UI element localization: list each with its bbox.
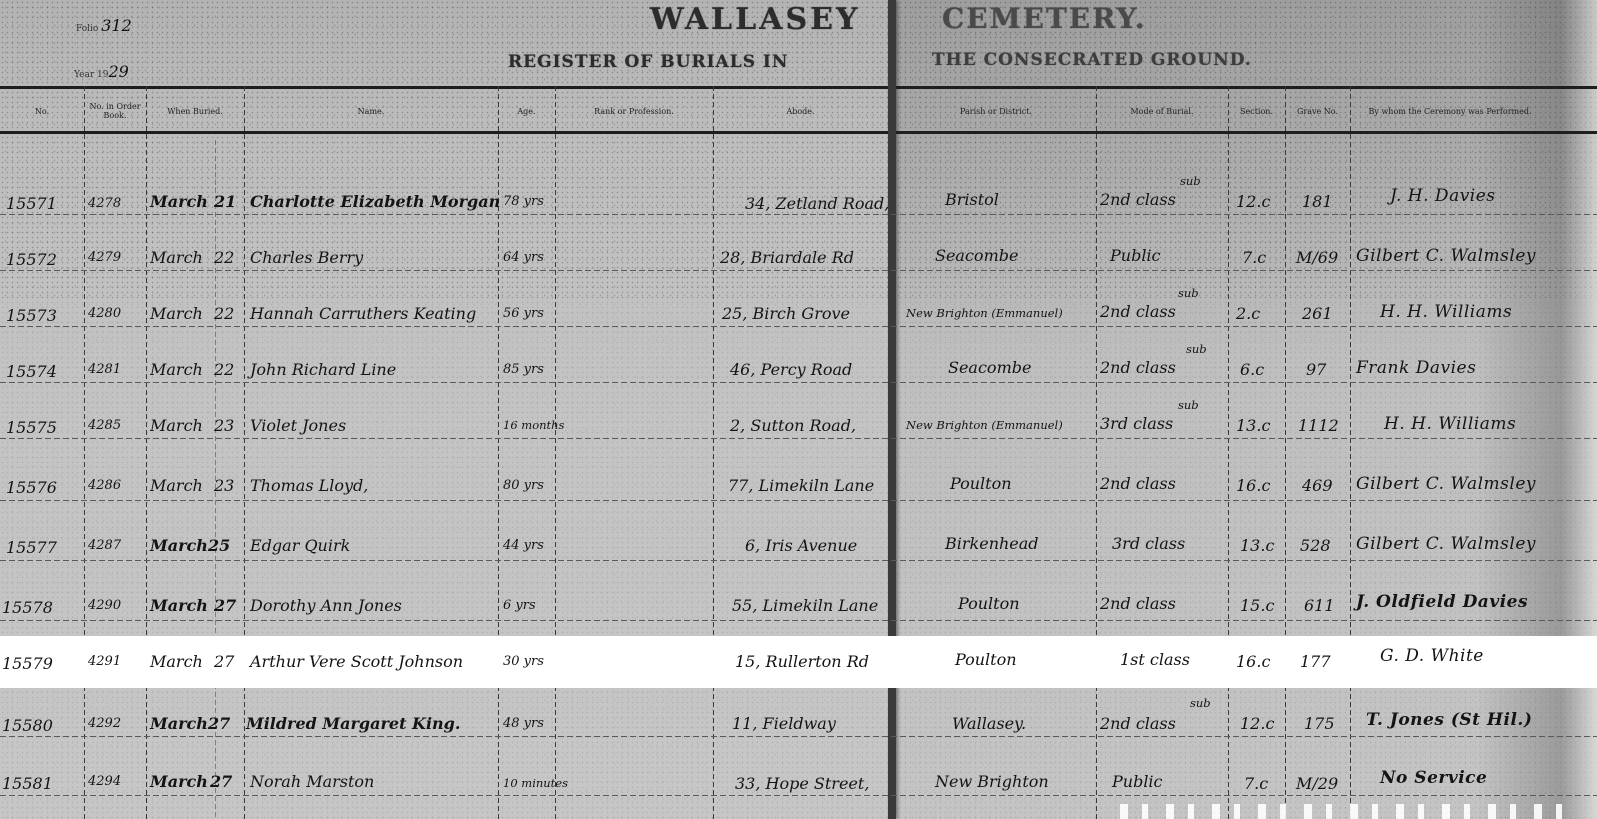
table-row[interactable]: 15572 4279 March 22 Charles Berry 64 yrs… — [0, 242, 1597, 300]
column-header-abode: Abode. — [713, 92, 888, 130]
grave-number: 175 — [1304, 714, 1335, 733]
burial-month: March — [150, 476, 203, 495]
title-wallasey: WALLASEY — [650, 2, 860, 37]
burial-day: 27 — [214, 652, 234, 671]
deceased-name: Violet Jones — [250, 416, 346, 435]
parish: New Brighton (Emmanuel) — [906, 306, 1063, 320]
subtitle-consecrated-ground: THE CONSECRATED GROUND. — [932, 50, 1252, 70]
order-number: 4292 — [88, 716, 121, 731]
officiant-signature: T. Jones (St Hil.) — [1366, 710, 1532, 730]
officiant-signature: H. H. Williams — [1380, 302, 1512, 322]
burial-month: March — [150, 416, 203, 435]
age: 30 yrs — [503, 654, 544, 669]
mode-note: sub — [1178, 286, 1199, 300]
header-rule-bottom-left — [0, 131, 888, 134]
grave-number: 181 — [1302, 192, 1333, 211]
mode-of-burial: 3rd class — [1100, 414, 1173, 433]
mode-of-burial: 2nd class — [1100, 190, 1176, 209]
parish: New Brighton (Emmanuel) — [906, 418, 1063, 432]
burial-day: 22 — [214, 304, 234, 323]
section: 16.c — [1236, 652, 1270, 671]
grave-number: M/29 — [1296, 774, 1338, 793]
officiant-signature: Frank Davies — [1356, 358, 1476, 378]
order-number: 4286 — [88, 478, 121, 493]
deceased-name: Norah Marston — [250, 772, 374, 791]
mode-of-burial: 2nd class — [1100, 302, 1176, 321]
entry-number: 15581 — [2, 774, 53, 793]
column-header-parish: Parish or District. — [896, 92, 1096, 130]
grave-number: 261 — [1302, 304, 1333, 323]
grave-number: 528 — [1300, 536, 1331, 555]
age: 85 yrs — [503, 362, 544, 377]
column-header-name: Name. — [244, 92, 498, 130]
deceased-name: John Richard Line — [250, 360, 396, 379]
age: 48 yrs — [503, 716, 544, 731]
burial-day: 27 — [208, 714, 230, 733]
burial-day: 21 — [214, 192, 236, 211]
officiant-signature: Gilbert C. Walmsley — [1356, 246, 1536, 266]
abode: 6, Iris Avenue — [745, 536, 857, 555]
mode-of-burial: Public — [1112, 772, 1163, 791]
mode-of-burial: 2nd class — [1100, 358, 1176, 377]
table-row[interactable]: 15575 4285 March 23 Violet Jones 16 mont… — [0, 410, 1597, 468]
mode-of-burial: 2nd class — [1100, 594, 1176, 613]
mode-of-burial: Public — [1110, 246, 1161, 265]
column-header-age: Age. — [498, 92, 555, 130]
grave-number: 611 — [1304, 596, 1335, 615]
table-row[interactable]: 15576 4286 March 23 Thomas Lloyd, 80 yrs… — [0, 470, 1597, 528]
section: 15.c — [1240, 596, 1274, 615]
age: 44 yrs — [503, 538, 544, 553]
column-header-officiant: By whom the Ceremony was Performed. — [1350, 92, 1550, 130]
officiant-signature: H. H. Williams — [1384, 414, 1516, 434]
bottom-edge-artifacts — [1120, 804, 1570, 819]
parish: Seacombe — [935, 246, 1018, 265]
age: 16 months — [503, 418, 564, 432]
mode-of-burial: 1st class — [1120, 650, 1190, 669]
burial-month: March — [150, 360, 203, 379]
officiant-signature: J. Oldfield Davies — [1356, 592, 1528, 612]
burial-month: March — [150, 248, 203, 267]
abode: 15, Rullerton Rd — [735, 652, 869, 671]
entry-number: 15576 — [6, 478, 57, 497]
order-number: 4285 — [88, 418, 121, 433]
order-number: 4287 — [88, 538, 121, 553]
burial-month: March — [150, 536, 208, 555]
table-row[interactable]: 15574 4281 March 22 John Richard Line 85… — [0, 354, 1597, 412]
abode: 2, Sutton Road, — [730, 416, 856, 435]
section: 2.c — [1236, 304, 1260, 323]
parish: Wallasey. — [952, 714, 1026, 733]
abode: 25, Birch Grove — [722, 304, 850, 323]
burial-day: 25 — [208, 536, 230, 555]
column-header-order-no: No. in Order Book. — [84, 92, 146, 130]
section: 7.c — [1244, 774, 1268, 793]
deceased-name: Dorothy Ann Jones — [250, 596, 402, 615]
table-row[interactable]: 15578 4290 March 27 Dorothy Ann Jones 6 … — [0, 590, 1597, 648]
grave-number: 177 — [1300, 652, 1331, 671]
entry-number: 15574 — [6, 362, 57, 381]
entry-number: 15579 — [2, 654, 53, 673]
order-number: 4291 — [88, 654, 121, 669]
mode-note: sub — [1178, 398, 1199, 412]
parish: Seacombe — [948, 358, 1031, 377]
burial-day: 22 — [214, 360, 234, 379]
mode-note: sub — [1180, 174, 1201, 188]
section: 16.c — [1236, 476, 1270, 495]
parish: Poulton — [950, 474, 1012, 493]
register-year: Year 1929 — [74, 62, 129, 81]
entry-number: 15572 — [6, 250, 57, 269]
section: 13.c — [1236, 416, 1270, 435]
deceased-name: Charles Berry — [250, 248, 363, 267]
burial-day: 27 — [210, 772, 232, 791]
burial-month: March — [150, 192, 208, 211]
burial-month: March — [150, 652, 203, 671]
parish: Poulton — [958, 594, 1020, 613]
order-number: 4294 — [88, 774, 121, 789]
section: 12.c — [1240, 714, 1274, 733]
header-rule-bottom-right — [896, 131, 1597, 134]
grave-number: 97 — [1306, 360, 1326, 379]
burial-day: 22 — [214, 248, 234, 267]
header-rule-top-right — [896, 86, 1597, 89]
abode: 55, Limekiln Lane — [732, 596, 878, 615]
entry-number: 15578 — [2, 598, 53, 617]
mode-note: sub — [1190, 696, 1211, 710]
order-number: 4280 — [88, 306, 121, 321]
deceased-name: Thomas Lloyd, — [250, 476, 368, 495]
column-header-grave: Grave No. — [1285, 92, 1350, 130]
parish: Birkenhead — [945, 534, 1039, 553]
order-number: 4290 — [88, 598, 121, 613]
deceased-name: Mildred Margaret King. — [246, 714, 460, 733]
table-row[interactable]: 15573 4280 March 22 Hannah Carruthers Ke… — [0, 298, 1597, 356]
column-header-rank: Rank or Profession. — [555, 92, 713, 130]
burial-day: 23 — [214, 476, 234, 495]
entry-number: 15580 — [2, 716, 53, 735]
burial-month: March — [150, 304, 203, 323]
entry-number: 15575 — [6, 418, 57, 437]
order-number: 4279 — [88, 250, 121, 265]
mode-of-burial: 2nd class — [1100, 474, 1176, 493]
age: 10 minutes — [503, 776, 568, 790]
column-header-no: No. — [0, 92, 84, 130]
section: 7.c — [1242, 248, 1266, 267]
mode-of-burial: 2nd class — [1100, 714, 1176, 733]
age: 78 yrs — [503, 194, 544, 209]
table-row[interactable]: 15577 4287 March 25 Edgar Quirk 44 yrs 6… — [0, 530, 1597, 588]
section: 13.c — [1240, 536, 1274, 555]
abode: 11, Fieldway — [732, 714, 836, 733]
entry-number: 15573 — [6, 306, 57, 325]
officiant-signature: Gilbert C. Walmsley — [1356, 534, 1536, 554]
folio-number: Folio 312 — [76, 16, 132, 35]
grave-number: 469 — [1302, 476, 1333, 495]
order-number: 4278 — [88, 196, 121, 211]
order-number: 4281 — [88, 362, 121, 377]
section: 12.c — [1236, 192, 1270, 211]
mode-of-burial: 3rd class — [1112, 534, 1185, 553]
column-header-mode: Mode of Burial. — [1096, 92, 1228, 130]
burial-day: 27 — [214, 596, 236, 615]
abode: 33, Hope Street, — [735, 774, 869, 793]
abode: 28, Briardale Rd — [720, 248, 854, 267]
parish: Bristol — [945, 190, 999, 209]
entry-number: 15571 — [6, 194, 57, 213]
title-cemetery: CEMETERY. — [942, 2, 1147, 35]
deceased-name: Edgar Quirk — [250, 536, 350, 555]
deceased-name: Charlotte Elizabeth Morgan — [250, 192, 500, 211]
abode: 34, Zetland Road, — [745, 194, 889, 213]
section: 6.c — [1240, 360, 1264, 379]
officiant-signature: G. D. White — [1380, 646, 1484, 666]
entry-number: 15577 — [6, 538, 57, 557]
column-header-section: Section. — [1228, 92, 1285, 130]
age: 64 yrs — [503, 250, 544, 265]
table-row[interactable]: 15571 4278 March 21 Charlotte Elizabeth … — [0, 186, 1597, 244]
column-header-when-buried: When Buried. — [146, 92, 244, 130]
burial-month: March — [150, 714, 208, 733]
deceased-name: Arthur Vere Scott Johnson — [250, 652, 463, 671]
age: 6 yrs — [503, 598, 536, 613]
subtitle-register-of-burials: REGISTER OF BURIALS IN — [508, 52, 788, 72]
abode: 77, Limekiln Lane — [728, 476, 874, 495]
table-row[interactable]: 15580 4292 March 27 Mildred Margaret Kin… — [0, 708, 1597, 766]
burial-month: March — [150, 596, 208, 615]
officiant-signature: J. H. Davies — [1390, 186, 1496, 206]
grave-number: 1112 — [1298, 416, 1339, 435]
burial-day: 23 — [214, 416, 234, 435]
age: 80 yrs — [503, 478, 544, 493]
age: 56 yrs — [503, 306, 544, 321]
header-rule-top-left — [0, 86, 888, 89]
abode: 46, Percy Road — [730, 360, 852, 379]
mode-note: sub — [1186, 342, 1207, 356]
officiant-signature: Gilbert C. Walmsley — [1356, 474, 1536, 494]
table-row-highlighted[interactable]: 15579 4291 March 27 Arthur Vere Scott Jo… — [0, 644, 1597, 702]
burial-month: March — [150, 772, 208, 791]
parish: New Brighton — [935, 772, 1049, 791]
deceased-name: Hannah Carruthers Keating — [250, 304, 476, 323]
parish: Poulton — [955, 650, 1017, 669]
grave-number: M/69 — [1296, 248, 1338, 267]
officiant-signature: No Service — [1380, 768, 1487, 788]
